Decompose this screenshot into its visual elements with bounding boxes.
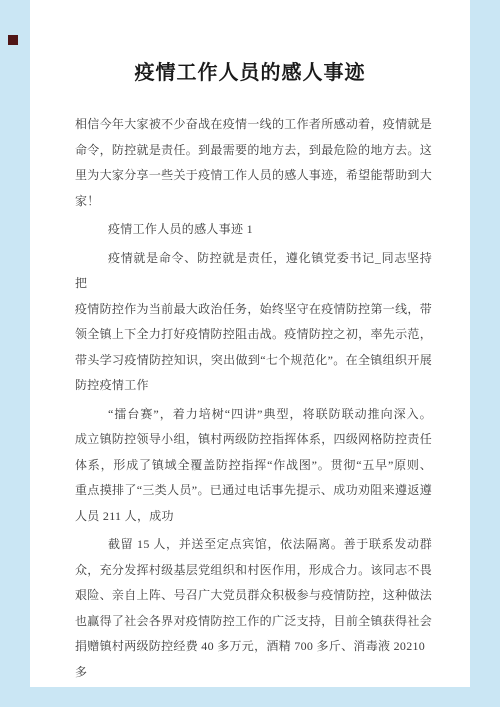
text-line: 家！ xyxy=(75,189,432,215)
text-line: “擂台赛”，着力培树“四讲”典型，将联防联动推向深入。 xyxy=(75,402,432,428)
paragraph: 截留 15 人，并送至定点宾馆，依法隔离。善于联系发动群众，充分发挥村级基层党组… xyxy=(75,532,432,685)
text-line: 疫情工作人员的感人事迹 1 xyxy=(75,217,432,243)
document-background: 疫情工作人员的感人事迹 相信今年大家被不少奋战在疫情一线的工作者所感动着，疫情就… xyxy=(0,0,500,707)
text-line: 成立镇防控领导小组，镇村两级防控指挥体系，四级网格防控责任 xyxy=(75,427,432,453)
corner-marker xyxy=(8,35,18,45)
text-line: 人员 211 人，成功 xyxy=(75,504,432,530)
document-body: 相信今年大家被不少奋战在疫情一线的工作者所感动着，疫情就是命令，防控就是责任。到… xyxy=(75,112,432,685)
paragraph: 相信今年大家被不少奋战在疫情一线的工作者所感动着，疫情就是命令，防控就是责任。到… xyxy=(75,112,432,214)
text-line: 众，充分发挥村级基层党组织和村医作用，形成合力。该同志不畏 xyxy=(75,558,432,584)
paragraph: “擂台赛”，着力培树“四讲”典型，将联防联动推向深入。成立镇防控领导小组，镇村两… xyxy=(75,402,432,530)
text-line: 命令，防控就是责任。到最需要的地方去，到最危险的地方去。这 xyxy=(75,138,432,164)
paragraph: 疫情就是命令、防控就是责任，遵化镇党委书记_同志坚持把疫情防控作为当前最大政治任… xyxy=(75,246,432,399)
text-line: 相信今年大家被不少奋战在疫情一线的工作者所感动着，疫情就是 xyxy=(75,112,432,138)
text-line: 疫情防控作为当前最大政治任务，始终坚守在疫情防控第一线，带 xyxy=(75,297,432,323)
text-line: 里为大家分享一些关于疫情工作人员的感人事迹，希望能帮助到大 xyxy=(75,163,432,189)
paragraph: 疫情工作人员的感人事迹 1 xyxy=(75,217,432,243)
text-line: 艰险、亲自上阵、号召广大党员群众积极参与疫情防控，这种做法 xyxy=(75,583,432,609)
text-line: 重点摸排了“三类人员”。已通过电话事先提示、成功劝阻来遵返遵 xyxy=(75,478,432,504)
text-line: 防控疫情工作 xyxy=(75,373,432,399)
text-line: 体系，形成了镇域全覆盖防控指挥“作战图”。贯彻“五早”原则、 xyxy=(75,453,432,479)
text-line: 捐赠镇村两级防控经费 40 多万元，酒精 700 多斤、消毒液 20210 多 xyxy=(75,634,432,685)
text-line: 疫情就是命令、防控就是责任，遵化镇党委书记_同志坚持把 xyxy=(75,246,432,297)
text-line: 也赢得了社会各界对疫情防控工作的广泛支持，目前全镇获得社会 xyxy=(75,609,432,635)
document-page: 疫情工作人员的感人事迹 相信今年大家被不少奋战在疫情一线的工作者所感动着，疫情就… xyxy=(30,0,470,687)
text-line: 领全镇上下全力打好疫情防控阻击战。疫情防控之初，率先示范， xyxy=(75,322,432,348)
page-title: 疫情工作人员的感人事迹 xyxy=(30,60,470,87)
text-line: 带头学习疫情防控知识，突出做到“七个规范化”。在全镇组织开展 xyxy=(75,348,432,374)
text-line: 截留 15 人，并送至定点宾馆，依法隔离。善于联系发动群 xyxy=(75,532,432,558)
